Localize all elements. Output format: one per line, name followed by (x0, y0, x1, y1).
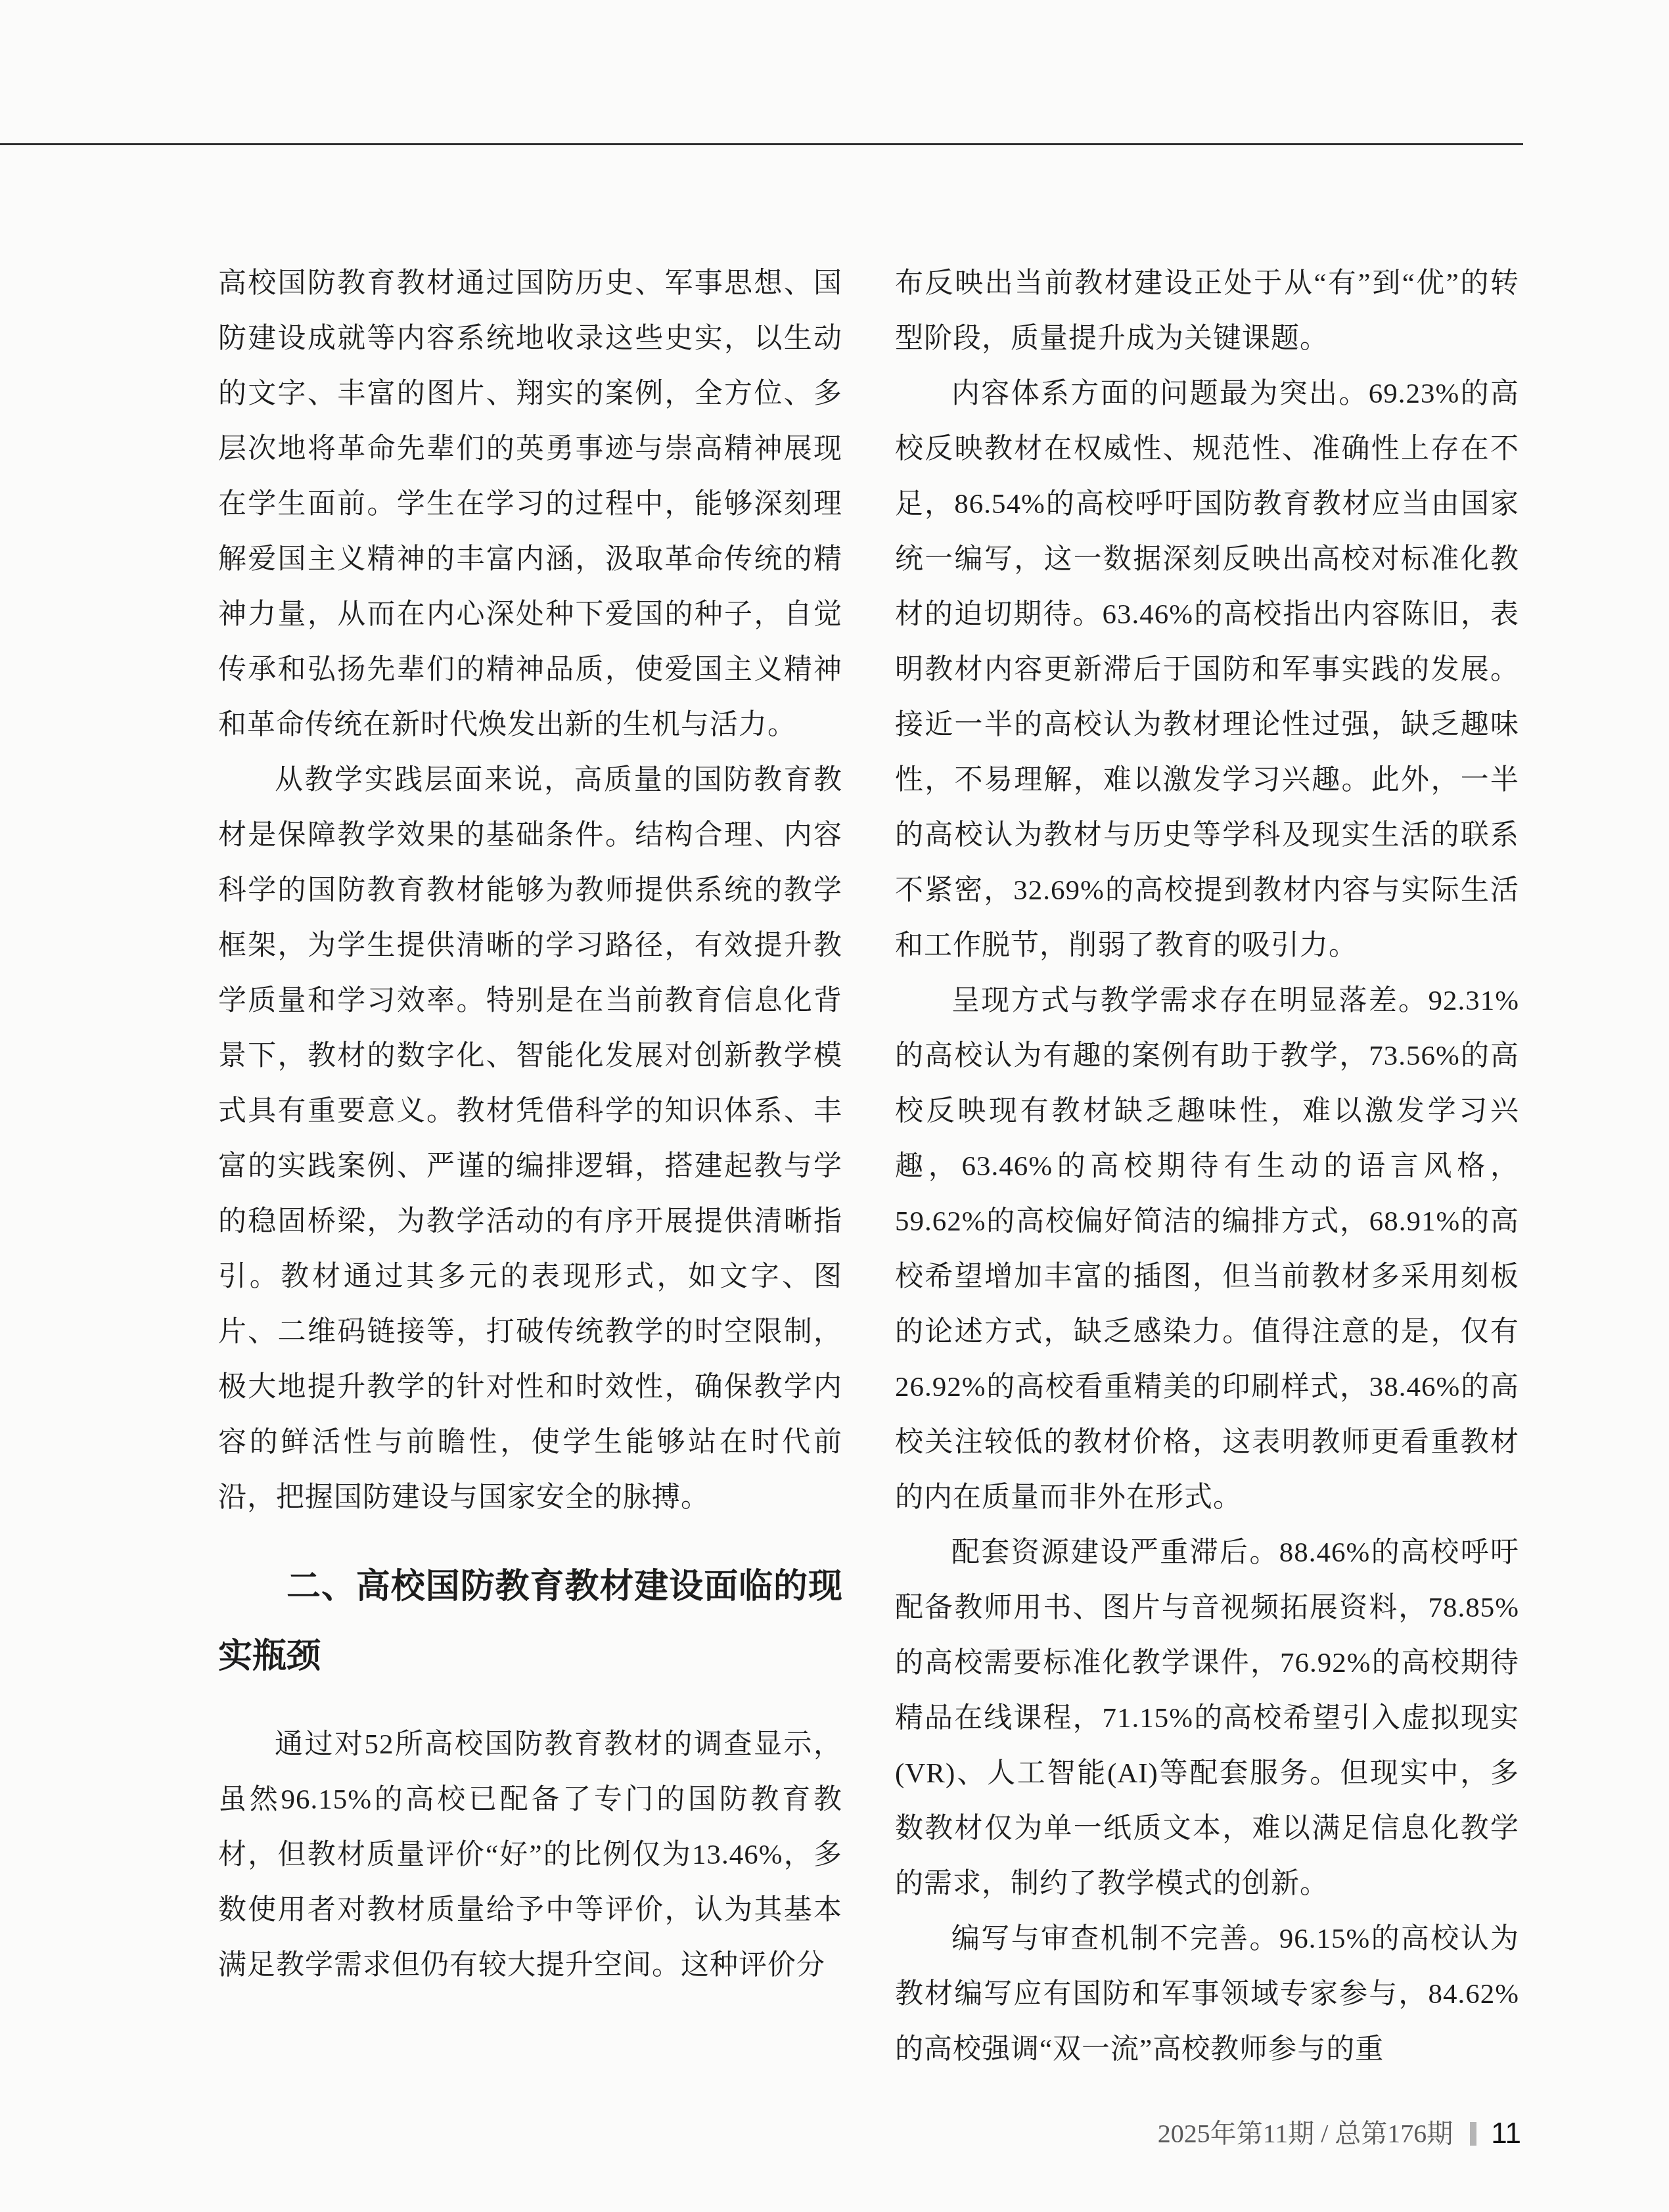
header-divider-rule (0, 143, 1523, 145)
paragraph: 高校国防教育教材通过国防历史、军事思想、国防建设成就等内容系统地收录这些史实，以… (218, 256, 842, 753)
issue-info: 2025年第11期 / 总第176期 (1158, 2118, 1453, 2150)
paragraph: 配套资源建设严重滞后。88.46%的高校呼吁配备教师用书、图片与音视频拓展资料，… (895, 1525, 1519, 1912)
paragraph: 布反映出当前教材建设正处于从“有”到“优”的转型阶段，质量提升成为关键课题。 (895, 256, 1519, 367)
left-column: 高校国防教育教材通过国防历史、军事思想、国防建设成就等内容系统地收录这些史实，以… (218, 256, 842, 1993)
page-number: 11 (1491, 2118, 1521, 2150)
paragraph: 编写与审查机制不完善。96.15%的高校认为教材编写应有国防和军事领域专家参与，… (895, 1912, 1519, 2077)
journal-page: { "colors": { "background": "#fbfbfa", "… (0, 0, 1669, 2212)
paragraph: 从教学实践层面来说，高质量的国防教育教材是保障教学效果的基础条件。结构合理、内容… (218, 753, 842, 1525)
paragraph: 内容体系方面的问题最为突出。69.23%的高校反映教材在权威性、规范性、准确性上… (895, 367, 1519, 974)
right-column: 布反映出当前教材建设正处于从“有”到“优”的转型阶段，质量提升成为关键课题。 内… (895, 256, 1519, 2077)
paragraph: 呈现方式与教学需求存在明显落差。92.31%的高校认为有趣的案例有助于教学，73… (895, 974, 1519, 1525)
paragraph: 通过对52所高校国防教育教材的调查显示，虽然96.15%的高校已配备了专门的国防… (218, 1717, 842, 1993)
section-heading: 二、高校国防教育教材建设面临的现实瓶颈 (218, 1552, 842, 1691)
page-footer: 2025年第11期 / 总第176期 11 (1158, 2118, 1521, 2150)
footer-divider-bar (1470, 2122, 1476, 2146)
